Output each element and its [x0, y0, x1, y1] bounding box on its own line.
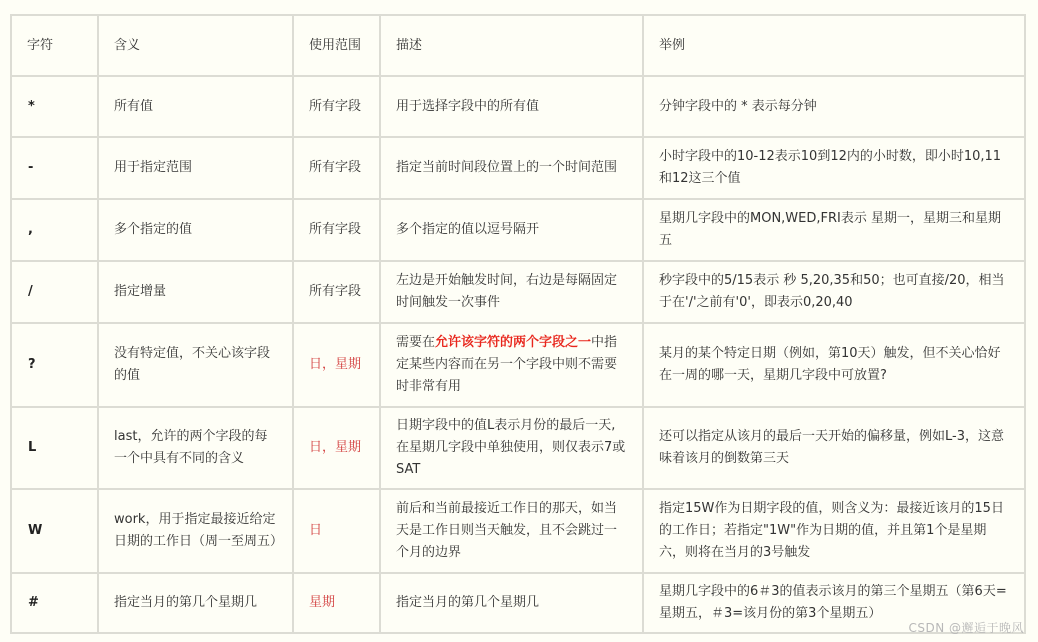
example-cell: 指定15W作为日期字段的值，则含义为：最接近该月的15日的工作日；若指定"1W"… — [643, 489, 1025, 573]
symbol-cell: W — [11, 489, 98, 573]
scope-cell: 星期 — [293, 573, 380, 633]
symbol-cell: - — [11, 137, 98, 199]
description-cell: 需要在允许该字符的两个字段之一中指定某些内容而在另一个字段中则不需要时非常有用 — [380, 323, 643, 407]
table-row: , 多个指定的值 所有字段 多个指定的值以逗号隔开 星期几字段中的MON,WED… — [11, 199, 1025, 261]
table-row: * 所有值 所有字段 用于选择字段中的所有值 分钟字段中的 * 表示每分钟 — [11, 76, 1025, 137]
table-row: W work，用于指定最接近给定日期的工作日（周一至周五） 日 前后和当前最接近… — [11, 489, 1025, 573]
header-meaning: 含义 — [98, 15, 293, 76]
meaning-cell: 所有值 — [98, 76, 293, 137]
symbol-cell: * — [11, 76, 98, 137]
table-row: L last，允许的两个字段的每一个中具有不同的含义 日，星期 日期字段中的值L… — [11, 407, 1025, 489]
example-cell: 分钟字段中的 * 表示每分钟 — [643, 76, 1025, 137]
scope-cell: 所有字段 — [293, 261, 380, 323]
csdn-watermark: CSDN @邂逅于晚风 — [908, 619, 1024, 636]
symbol-cell: ? — [11, 323, 98, 407]
table-row: / 指定增量 所有字段 左边是开始触发时间，右边是每隔固定时间触发一次事件 秒字… — [11, 261, 1025, 323]
meaning-cell: 用于指定范围 — [98, 137, 293, 199]
description-cell: 左边是开始触发时间，右边是每隔固定时间触发一次事件 — [380, 261, 643, 323]
description-prefix: 需要在 — [396, 335, 435, 350]
meaning-cell: 多个指定的值 — [98, 199, 293, 261]
meaning-cell: 指定增量 — [98, 261, 293, 323]
description-cell: 日期字段中的值L表示月份的最后一天,在星期几字段中单独使用，则仅表示7或SAT — [380, 407, 643, 489]
header-scope: 使用范围 — [293, 15, 380, 76]
example-cell: 星期几字段中的MON,WED,FRI表示 星期一，星期三和星期五 — [643, 199, 1025, 261]
table-row: # 指定当月的第几个星期几 星期 指定当月的第几个星期几 星期几字段中的6＃3的… — [11, 573, 1025, 633]
header-example: 举例 — [643, 15, 1025, 76]
header-description: 描述 — [380, 15, 643, 76]
description-cell: 多个指定的值以逗号隔开 — [380, 199, 643, 261]
header-symbol: 字符 — [11, 15, 98, 76]
scope-cell: 日，星期 — [293, 407, 380, 489]
table-header-row: 字符 含义 使用范围 描述 举例 — [11, 15, 1025, 76]
meaning-cell: work，用于指定最接近给定日期的工作日（周一至周五） — [98, 489, 293, 573]
scope-cell: 所有字段 — [293, 137, 380, 199]
description-highlight: 允许该字符的两个字段之一 — [435, 335, 591, 350]
description-cell: 指定当月的第几个星期几 — [380, 573, 643, 633]
scope-cell: 日，星期 — [293, 323, 380, 407]
description-cell: 用于选择字段中的所有值 — [380, 76, 643, 137]
scope-cell: 所有字段 — [293, 76, 380, 137]
example-cell: 秒字段中的5/15表示 秒 5,20,35和50；也可直接/20，相当于在'/'… — [643, 261, 1025, 323]
example-cell: 还可以指定从该月的最后一天开始的偏移量，例如L-3，这意味着该月的倒数第三天 — [643, 407, 1025, 489]
description-cell: 前后和当前最接近工作日的那天，如当天是工作日则当天触发，且不会跳过一个月的边界 — [380, 489, 643, 573]
example-cell: 小时字段中的10-12表示10到12内的小时数，即小时10,11和12这三个值 — [643, 137, 1025, 199]
meaning-cell: last，允许的两个字段的每一个中具有不同的含义 — [98, 407, 293, 489]
meaning-cell: 指定当月的第几个星期几 — [98, 573, 293, 633]
example-cell: 某月的某个特定日期（例如，第10天）触发，但不关心恰好在一周的哪一天，星期几字段… — [643, 323, 1025, 407]
cron-special-characters-table: 字符 含义 使用范围 描述 举例 * 所有值 所有字段 用于选择字段中的所有值 … — [10, 14, 1026, 634]
symbol-cell: L — [11, 407, 98, 489]
table-row: ? 没有特定值，不关心该字段的值 日，星期 需要在允许该字符的两个字段之一中指定… — [11, 323, 1025, 407]
scope-cell: 日 — [293, 489, 380, 573]
symbol-cell: # — [11, 573, 98, 633]
table-row: - 用于指定范围 所有字段 指定当前时间段位置上的一个时间范围 小时字段中的10… — [11, 137, 1025, 199]
symbol-cell: , — [11, 199, 98, 261]
symbol-cell: / — [11, 261, 98, 323]
description-cell: 指定当前时间段位置上的一个时间范围 — [380, 137, 643, 199]
scope-cell: 所有字段 — [293, 199, 380, 261]
meaning-cell: 没有特定值，不关心该字段的值 — [98, 323, 293, 407]
